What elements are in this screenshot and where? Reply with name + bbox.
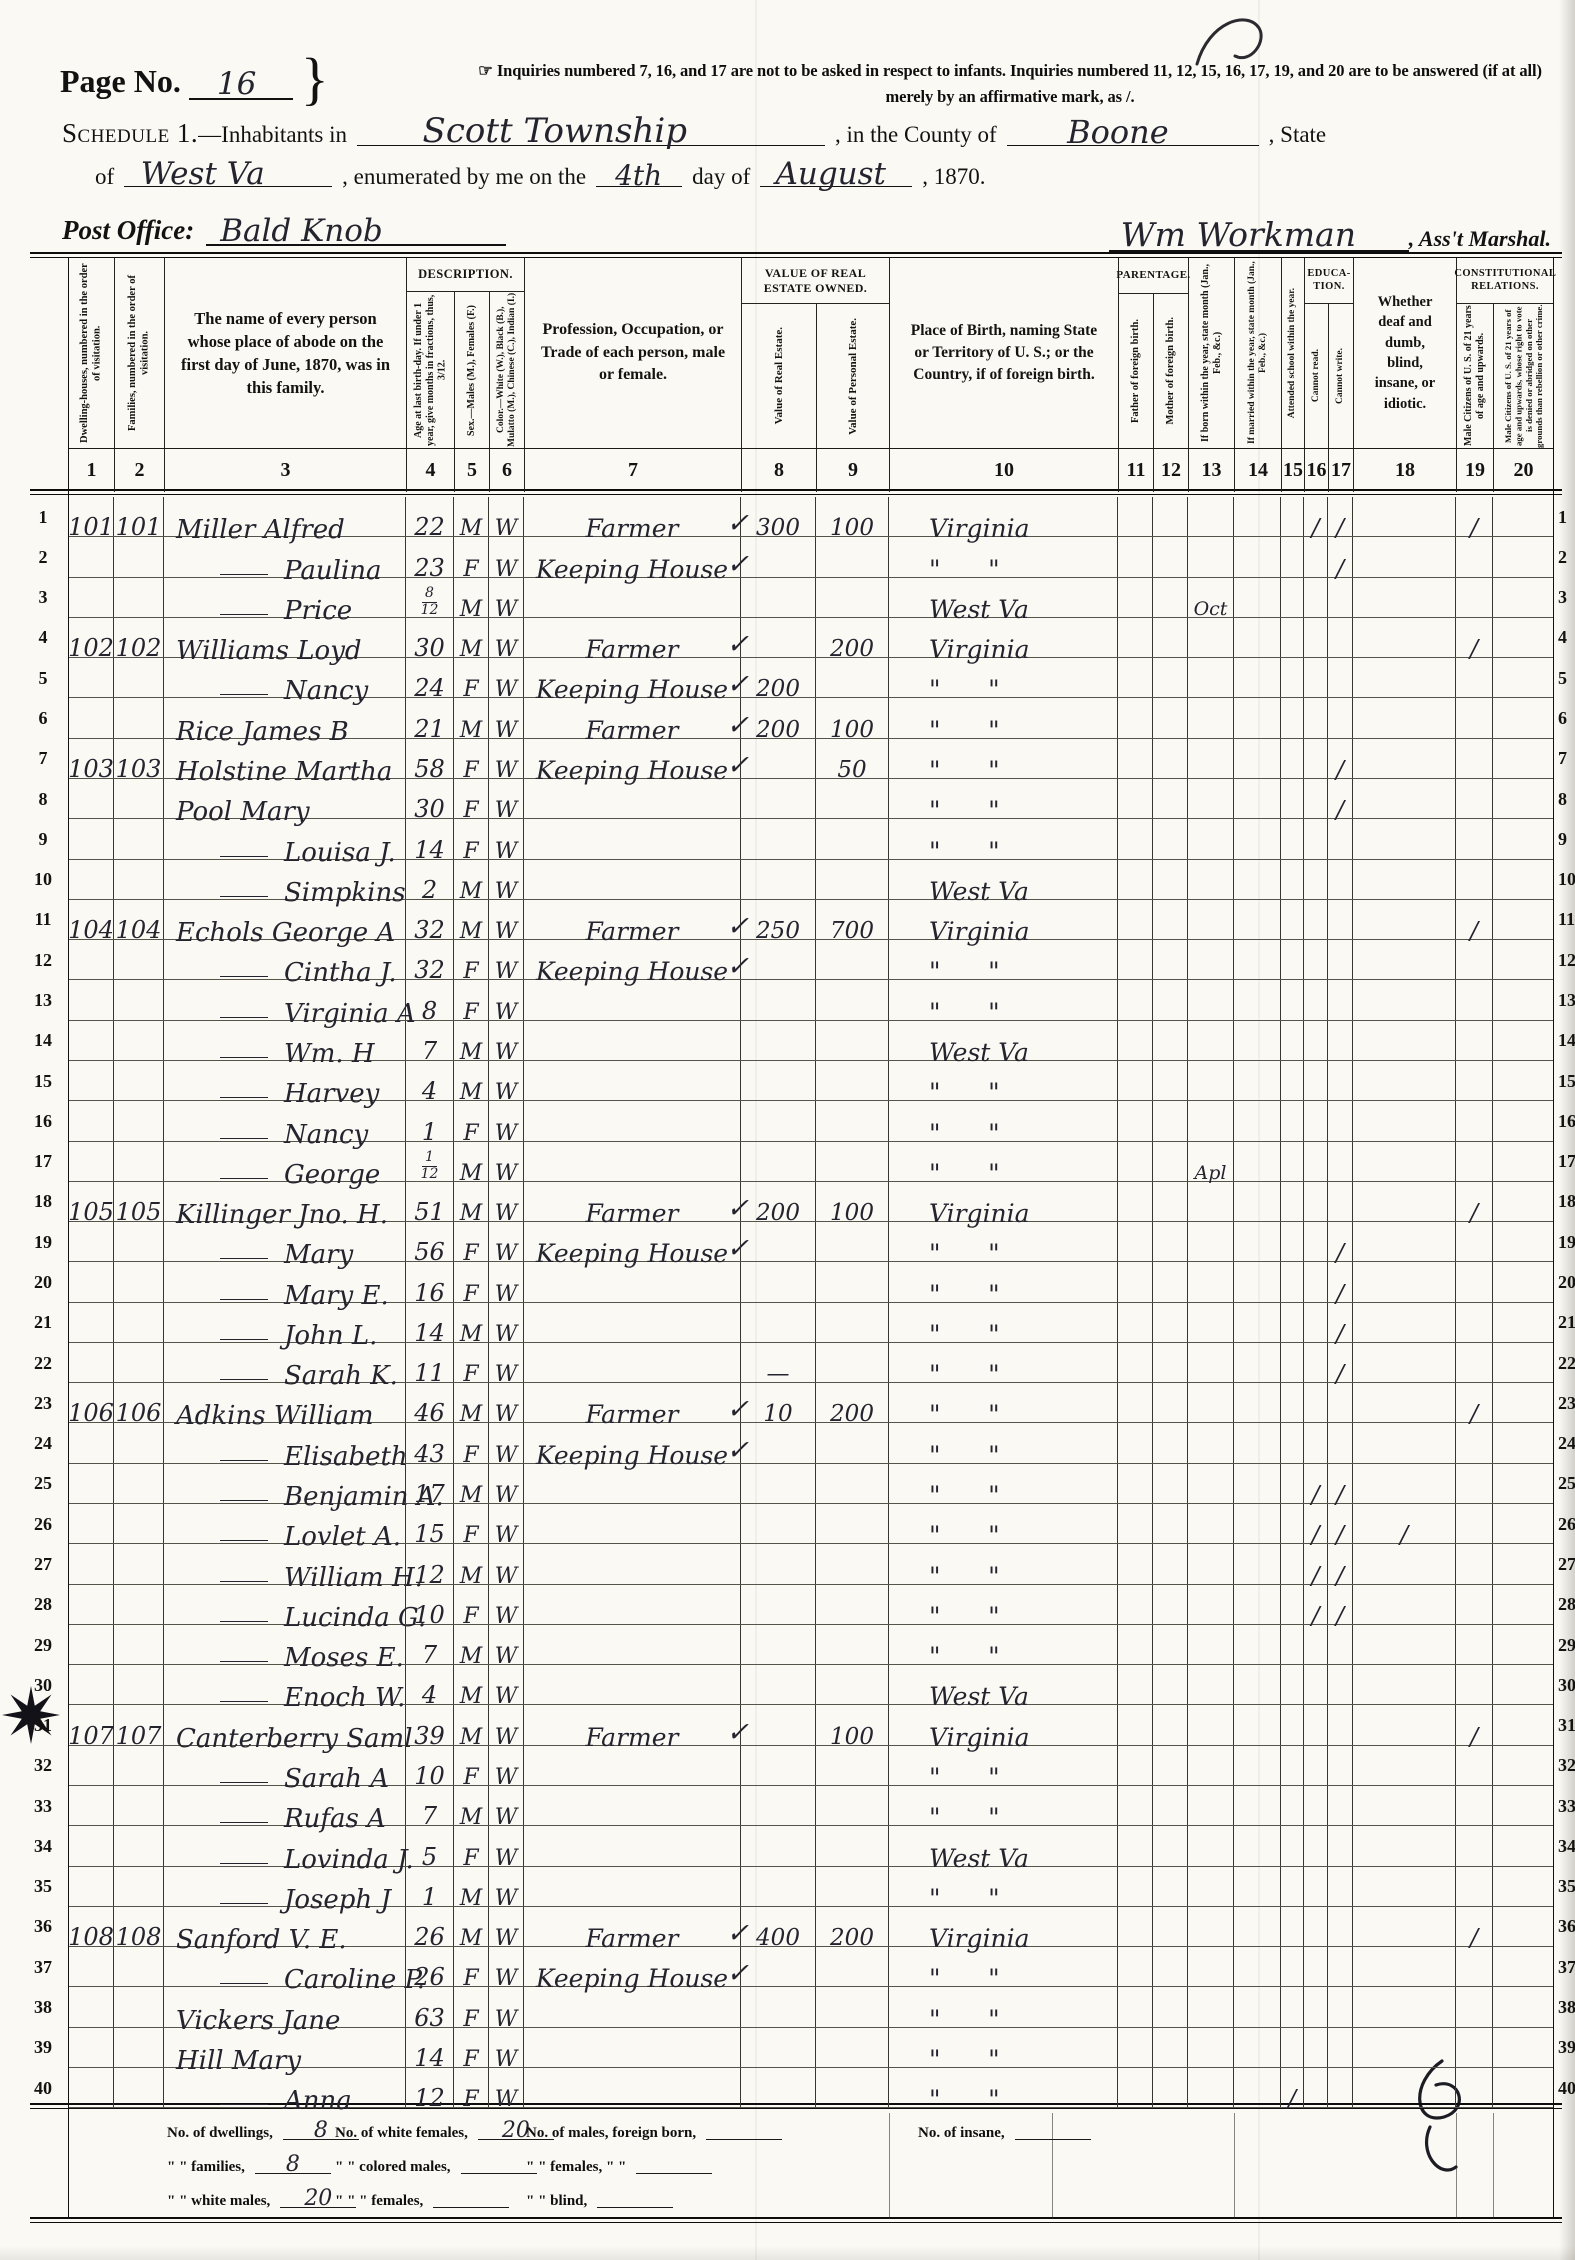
table-row: Sarah K.11FW—" "/ [69, 1343, 1553, 1383]
cell-dwelling-number [69, 1142, 114, 1181]
cell-vote-denied [1493, 819, 1553, 858]
cell-marriage-month [1234, 537, 1281, 576]
cell-personal-estate-value: 100 [816, 1182, 889, 1221]
cell-vote-denied [1493, 1705, 1553, 1744]
tally-tick-mark: ✓ [726, 1958, 749, 1989]
tally-families-label: " " families, [167, 2159, 245, 2176]
cell-cannot-read [1304, 1746, 1328, 1785]
cell-cannot-write: / [1328, 1464, 1353, 1503]
row-number-right: 20 [1557, 1262, 1575, 1302]
cell-cannot-write: / [1328, 739, 1353, 778]
column-number: 13 [1188, 448, 1234, 492]
column-header-13: If born within the year, state month (Ja… [1188, 258, 1234, 448]
cell-birth-month [1188, 860, 1234, 899]
cell-dwelling-number [69, 1262, 114, 1301]
cell-family-number [114, 1544, 164, 1583]
cell-family-number [114, 1262, 164, 1301]
cell-occupation: Keeping House✓ [524, 1423, 741, 1462]
cell-age: 14 [406, 1303, 454, 1342]
cell-cannot-write [1328, 1101, 1353, 1140]
row-number-left: 39 [24, 2028, 62, 2068]
cell-birthplace: " " [889, 739, 1118, 778]
cell-cannot-write [1328, 2068, 1353, 2107]
table-row: Rice James B21MWFarmer✓200100" " [69, 698, 1553, 738]
cell-disability [1353, 497, 1456, 536]
cell-occupation [524, 1464, 741, 1503]
cell-disability [1353, 1142, 1456, 1181]
cell-birthplace: " " [889, 1585, 1118, 1624]
cell-vote-denied [1493, 578, 1553, 617]
cell-personal-estate-value [816, 819, 889, 858]
cell-cannot-write [1328, 1061, 1353, 1100]
tally-blank [1015, 2135, 1091, 2140]
row-number-left: 31 [24, 1705, 62, 1745]
cell-attended-school [1281, 779, 1304, 818]
table-row: Louisa J.14FW" " [69, 819, 1553, 859]
cell-occupation [524, 1142, 741, 1181]
cell-birthplace: " " [889, 1262, 1118, 1301]
cell-vote-denied [1493, 1665, 1553, 1704]
cell-cannot-write [1328, 658, 1353, 697]
cell-personal-estate-value: 700 [816, 900, 889, 939]
cell-marriage-month [1234, 1947, 1281, 1986]
cell-father-foreign-birth [1118, 1464, 1153, 1503]
row-number-right: 7 [1557, 739, 1575, 779]
cell-dwelling-number: 104 [69, 900, 114, 939]
cell-male-citizen [1456, 1585, 1493, 1624]
row-number-right: 18 [1557, 1182, 1575, 1222]
table-row: Wm. H7MWWest Va [69, 1021, 1553, 1061]
cell-real-estate-value [741, 1021, 816, 1060]
cell-birth-month [1188, 1101, 1234, 1140]
cell-sex: F [454, 2028, 489, 2067]
cell-name: Lovlet A. [164, 1504, 406, 1543]
row-number-left: 14 [24, 1021, 62, 1061]
cell-personal-estate-value [816, 1021, 889, 1060]
tally-tick-mark: ✓ [726, 549, 749, 580]
cell-color: W [489, 1383, 524, 1422]
cell-occupation [524, 1061, 741, 1100]
cell-birth-month [1188, 1746, 1234, 1785]
cell-birth-month [1188, 1585, 1234, 1624]
cell-dwelling-number [69, 1303, 114, 1342]
cell-father-foreign-birth [1118, 658, 1153, 697]
cell-real-estate-value [741, 2028, 816, 2067]
group-value-real-estate: VALUE OF REAL ESTATE OWNED. [741, 258, 889, 304]
cell-occupation [524, 1544, 741, 1583]
column-number: 6 [489, 448, 524, 492]
cell-father-foreign-birth [1118, 1021, 1153, 1060]
cell-family-number [114, 537, 164, 576]
cell-occupation [524, 578, 741, 617]
cell-color: W [489, 1786, 524, 1825]
schedule-line: Schedule 1. —Inhabitants in Scott Townsh… [62, 118, 1567, 149]
table-row: Elisabeth43FWKeeping House✓" " [69, 1423, 1553, 1463]
cell-disability [1353, 1746, 1456, 1785]
cell-mother-foreign-birth [1153, 2068, 1188, 2107]
cell-occupation: Farmer✓ [524, 1383, 741, 1422]
cell-cannot-read [1304, 1786, 1328, 1825]
cell-occupation: Farmer✓ [524, 1907, 741, 1946]
cell-cannot-write [1328, 1947, 1353, 1986]
cell-name: Simpkins [164, 860, 406, 899]
cell-marriage-month [1234, 1544, 1281, 1583]
cell-mother-foreign-birth [1153, 1182, 1188, 1221]
cell-father-foreign-birth [1118, 819, 1153, 858]
cell-birthplace: " " [889, 1343, 1118, 1382]
cell-attended-school [1281, 1303, 1304, 1342]
cell-occupation: Farmer✓ [524, 1182, 741, 1221]
cell-father-foreign-birth [1118, 739, 1153, 778]
cell-cannot-write [1328, 1826, 1353, 1865]
table-row: Lovinda J.5FWWest Va [69, 1826, 1553, 1866]
cell-real-estate-value: — [741, 1343, 816, 1382]
cell-dwelling-number [69, 1746, 114, 1785]
cell-marriage-month [1234, 1786, 1281, 1825]
cell-attended-school [1281, 1907, 1304, 1946]
row-number-right: 1 [1557, 497, 1575, 537]
cell-family-number [114, 1222, 164, 1261]
cell-mother-foreign-birth [1153, 658, 1188, 697]
row-number-right: 4 [1557, 618, 1575, 658]
cell-personal-estate-value [816, 779, 889, 818]
cell-age: 4 [406, 1665, 454, 1704]
cell-name: Moses E. [164, 1625, 406, 1664]
cell-color: W [489, 1585, 524, 1624]
cell-occupation [524, 1504, 741, 1543]
cell-birthplace: " " [889, 1786, 1118, 1825]
cell-birthplace: " " [889, 1423, 1118, 1462]
cell-birthplace: West Va [889, 578, 1118, 617]
cell-birthplace: " " [889, 1101, 1118, 1140]
cell-age: 30 [406, 618, 454, 657]
row-number-right: 34 [1557, 1826, 1575, 1866]
cell-birthplace: " " [889, 658, 1118, 697]
cell-attended-school [1281, 1625, 1304, 1664]
cell-cannot-write: / [1328, 1222, 1353, 1261]
cell-real-estate-value [741, 1947, 816, 1986]
cell-birthplace: " " [889, 940, 1118, 979]
table-row: Virginia A8FW" " [69, 980, 1553, 1020]
cell-cannot-write [1328, 578, 1353, 617]
cell-dwelling-number [69, 819, 114, 858]
cell-color: W [489, 1947, 524, 1986]
cell-male-citizen [1456, 1021, 1493, 1060]
cell-attended-school [1281, 1947, 1304, 1986]
cell-mother-foreign-birth [1153, 1303, 1188, 1342]
row-number-left: 35 [24, 1867, 62, 1907]
table-row: Nancy1FW" " [69, 1101, 1553, 1141]
cell-cannot-write: / [1328, 1303, 1353, 1342]
cell-attended-school [1281, 1544, 1304, 1583]
cell-marriage-month [1234, 2068, 1281, 2107]
cell-vote-denied [1493, 698, 1553, 737]
row-numbers-right: 1234567891011121314151617181920212223242… [1557, 497, 1575, 2108]
cell-cannot-read [1304, 1423, 1328, 1462]
cell-family-number [114, 1665, 164, 1704]
cell-name: Joseph J [164, 1867, 406, 1906]
row-number-right: 13 [1557, 980, 1575, 1020]
row-number-left: 18 [24, 1182, 62, 1222]
cell-vote-denied [1493, 1947, 1553, 1986]
footer-tallies: No. of dwellings,8 No. of white females,… [69, 2113, 1553, 2219]
row-number-right: 8 [1557, 779, 1575, 819]
cell-marriage-month [1234, 658, 1281, 697]
cell-occupation [524, 779, 741, 818]
cell-marriage-month [1234, 497, 1281, 536]
tally-blank [636, 2169, 712, 2174]
cell-disability [1353, 698, 1456, 737]
cell-name: Paulina [164, 537, 406, 576]
tally-white-males: " " white males,20 [167, 2193, 356, 2210]
row-number-left: 1 [24, 497, 62, 537]
cell-attended-school [1281, 1504, 1304, 1543]
cell-dwelling-number [69, 1665, 114, 1704]
cell-personal-estate-value [816, 1544, 889, 1583]
cell-personal-estate-value [816, 1061, 889, 1100]
cell-father-foreign-birth [1118, 1262, 1153, 1301]
tally-tick-mark: ✓ [726, 911, 749, 942]
cell-male-citizen [1456, 1746, 1493, 1785]
cell-vote-denied [1493, 1585, 1553, 1624]
cell-occupation: Keeping House✓ [524, 1947, 741, 1986]
cell-disability [1353, 1182, 1456, 1221]
row-number-left: 34 [24, 1826, 62, 1866]
column-header-15: Attended school within the year. [1281, 258, 1304, 448]
cell-cannot-write [1328, 1907, 1353, 1946]
cell-mother-foreign-birth [1153, 900, 1188, 939]
cell-male-citizen [1456, 1061, 1493, 1100]
cell-vote-denied [1493, 1826, 1553, 1865]
cell-disability [1353, 578, 1456, 617]
tally-tick-mark: ✓ [726, 1193, 749, 1224]
cell-birth-month [1188, 1947, 1234, 1986]
cell-family-number [114, 2068, 164, 2107]
cell-age: 1 [406, 1101, 454, 1140]
cell-occupation: Keeping House✓ [524, 1222, 741, 1261]
cell-dwelling-number [69, 779, 114, 818]
table-row: Paulina23FWKeeping House✓" "/ [69, 537, 1553, 577]
cell-real-estate-value [741, 1464, 816, 1503]
column-header-19: Male Citizens of U. S. of 21 years of ag… [1456, 304, 1493, 448]
cell-family-number [114, 1101, 164, 1140]
tally-colored-males: " " colored males, [335, 2159, 537, 2176]
cell-marriage-month [1234, 1262, 1281, 1301]
cell-father-foreign-birth [1118, 1504, 1153, 1543]
cell-real-estate-value [741, 1101, 816, 1140]
cell-birthplace: " " [889, 779, 1118, 818]
cell-disability [1353, 819, 1456, 858]
inquiries-note-line2: merely by an affirmative mark, as /. [470, 84, 1550, 110]
table-row: Pool Mary30FW" "/ [69, 779, 1553, 819]
cell-name: Elisabeth [164, 1423, 406, 1462]
cell-color: W [489, 779, 524, 818]
cell-dwelling-number: 106 [69, 1383, 114, 1422]
row-number-right: 28 [1557, 1585, 1575, 1625]
cell-father-foreign-birth [1118, 698, 1153, 737]
cell-father-foreign-birth [1118, 1343, 1153, 1382]
cell-personal-estate-value [816, 1464, 889, 1503]
county-value: Boone [1067, 113, 1169, 151]
cell-cannot-read: / [1304, 1464, 1328, 1503]
cell-occupation: Keeping House✓ [524, 940, 741, 979]
cell-birth-month [1188, 1423, 1234, 1462]
cell-male-citizen: / [1456, 1182, 1493, 1221]
cell-color: W [489, 1423, 524, 1462]
row-number-left: 5 [24, 658, 62, 698]
cell-name: Virginia A [164, 980, 406, 1019]
table-header: Dwelling-houses, numbered in the order o… [69, 258, 1553, 492]
table-body: 101101Miller Alfred22MWFarmer✓300100Virg… [69, 497, 1553, 2108]
cell-color: W [489, 1222, 524, 1261]
cell-personal-estate-value: 200 [816, 1907, 889, 1946]
cell-vote-denied [1493, 1303, 1553, 1342]
inquiries-note: ☞ Inquiries numbered 7, 16, and 17 are n… [470, 58, 1550, 109]
row-number-right: 10 [1557, 860, 1575, 900]
cell-disability [1353, 1383, 1456, 1422]
cell-mother-foreign-birth [1153, 1464, 1188, 1503]
cell-mother-foreign-birth [1153, 1826, 1188, 1865]
cell-dwelling-number [69, 940, 114, 979]
cell-personal-estate-value [816, 1867, 889, 1906]
row-number-left: 25 [24, 1464, 62, 1504]
cell-marriage-month [1234, 1665, 1281, 1704]
cell-attended-school [1281, 1101, 1304, 1140]
cell-dwelling-number [69, 1222, 114, 1261]
row-number-left: 2 [24, 537, 62, 577]
cell-name: Rice James B [164, 698, 406, 737]
cell-cannot-read: / [1304, 497, 1328, 536]
tally-blank [706, 2135, 782, 2140]
cell-personal-estate-value [816, 1504, 889, 1543]
cell-family-number [114, 940, 164, 979]
cell-cannot-read [1304, 1303, 1328, 1342]
cell-family-number: 103 [114, 739, 164, 778]
column-number: 3 [164, 448, 406, 492]
cell-dwelling-number [69, 980, 114, 1019]
tally-insane: No. of insane, [918, 2125, 1091, 2142]
cell-sex: F [454, 739, 489, 778]
table-row: Lucinda G.10FW" "// [69, 1585, 1553, 1625]
cell-cannot-read [1304, 1383, 1328, 1422]
cell-birth-month [1188, 1544, 1234, 1583]
cell-sex: M [454, 1867, 489, 1906]
cell-age: 812 [406, 578, 454, 617]
cell-dwelling-number: 103 [69, 739, 114, 778]
cell-color: W [489, 940, 524, 979]
cell-color: W [489, 1867, 524, 1906]
tally-dwellings-value: 8 [314, 2118, 328, 2143]
tally-white-males-label: " " white males, [167, 2193, 270, 2210]
page-no-blank: 16 [189, 62, 293, 100]
cell-sex: F [454, 1222, 489, 1261]
cell-age: 11 [406, 1343, 454, 1382]
column-header-11: Father of foreign birth. [1118, 294, 1153, 448]
cell-attended-school [1281, 1585, 1304, 1624]
cell-attended-school [1281, 1786, 1304, 1825]
cell-birthplace: " " [889, 1746, 1118, 1785]
cell-real-estate-value [741, 1303, 816, 1342]
state-value: West Va [141, 156, 265, 192]
cell-real-estate-value [741, 618, 816, 657]
cell-age: 58 [406, 739, 454, 778]
tally-white-females: No. of white females,20 [335, 2125, 554, 2142]
cell-birthplace: " " [889, 819, 1118, 858]
row-number-left: 29 [24, 1625, 62, 1665]
cell-birthplace: " " [889, 537, 1118, 576]
cell-cannot-read [1304, 537, 1328, 576]
tally-males-foreign-label: No. of males, foreign born, [526, 2125, 696, 2142]
cell-name: Sarah K. [164, 1343, 406, 1382]
cell-cannot-write [1328, 618, 1353, 657]
cell-color: W [489, 1665, 524, 1704]
cell-birth-month [1188, 2028, 1234, 2067]
cell-father-foreign-birth [1118, 1544, 1153, 1583]
cell-real-estate-value [741, 1867, 816, 1906]
cell-mother-foreign-birth [1153, 1343, 1188, 1382]
cell-personal-estate-value [816, 860, 889, 899]
cell-cannot-read [1304, 900, 1328, 939]
cell-sex: F [454, 1504, 489, 1543]
cell-occupation [524, 1665, 741, 1704]
cell-cannot-read [1304, 1705, 1328, 1744]
cell-father-foreign-birth [1118, 1987, 1153, 2026]
cell-dwelling-number [69, 1101, 114, 1140]
census-sheet: Page No.16} ☞ Inquiries numbered 7, 16, … [0, 0, 1575, 2260]
post-office-label: Post Office: [62, 215, 194, 245]
cell-sex: M [454, 1705, 489, 1744]
cell-disability [1353, 1585, 1456, 1624]
group-parentage: PARENTAGE. [1118, 258, 1188, 294]
row-number-left: 22 [24, 1343, 62, 1383]
cell-attended-school [1281, 900, 1304, 939]
cell-sex: M [454, 1907, 489, 1946]
cell-male-citizen [1456, 2028, 1493, 2067]
column-header-4: Age at last birth-day. If under 1 year, … [406, 292, 454, 448]
cell-sex: M [454, 698, 489, 737]
cell-cannot-write: / [1328, 1544, 1353, 1583]
cell-vote-denied [1493, 1423, 1553, 1462]
row-number-right: 14 [1557, 1021, 1575, 1061]
cell-real-estate-value [741, 1665, 816, 1704]
cell-dwelling-number [69, 1987, 114, 2026]
tally-tick-mark: ✓ [726, 1918, 749, 1949]
cell-cannot-read: / [1304, 1585, 1328, 1624]
cell-color: W [489, 1303, 524, 1342]
column-number: 4 [406, 448, 454, 492]
cell-birth-month [1188, 1867, 1234, 1906]
cell-mother-foreign-birth [1153, 980, 1188, 1019]
cell-real-estate-value [741, 779, 816, 818]
cell-occupation [524, 1262, 741, 1301]
table-row: Rufas A7MW" " [69, 1786, 1553, 1826]
row-number-right: 9 [1557, 819, 1575, 859]
table-row: Joseph J1MW" " [69, 1867, 1553, 1907]
tally-foreign-females-label: " " " females, [335, 2193, 423, 2210]
cell-age: 10 [406, 1585, 454, 1624]
cell-sex: M [454, 1625, 489, 1664]
cell-personal-estate-value [816, 1303, 889, 1342]
cell-family-number [114, 779, 164, 818]
cell-attended-school [1281, 1182, 1304, 1221]
cell-name: Nancy [164, 1101, 406, 1140]
cell-occupation: Keeping House✓ [524, 537, 741, 576]
cell-cannot-write [1328, 1383, 1353, 1422]
cell-name: Cintha J. [164, 940, 406, 979]
cell-dwelling-number [69, 1625, 114, 1664]
tally-tick-mark: ✓ [726, 1717, 749, 1748]
cell-occupation [524, 1746, 741, 1785]
